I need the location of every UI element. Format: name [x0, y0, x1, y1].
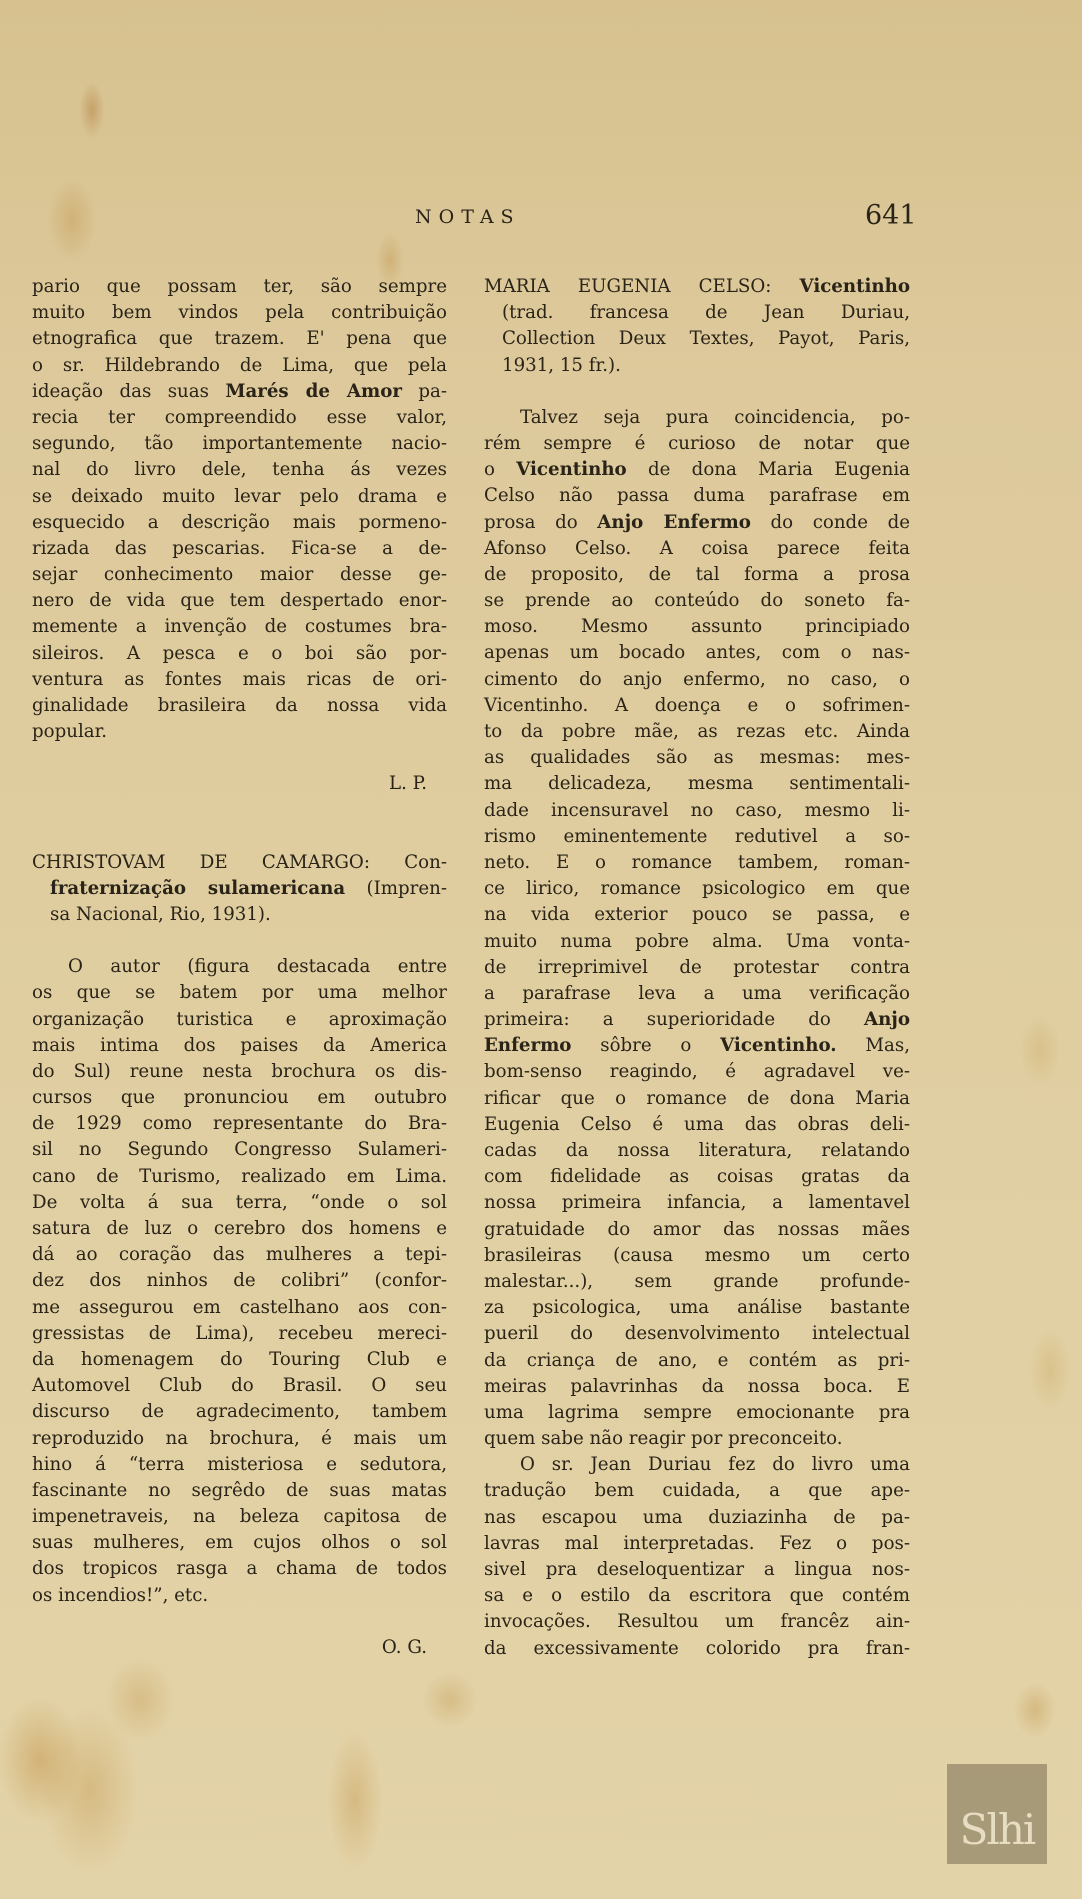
text-line: ventura as fontes mais ricas de ori-	[32, 667, 447, 693]
text-line: brasileiras (causa mesmo um certo	[484, 1243, 910, 1269]
text-line: gratuidade do amor das nossas mães	[484, 1217, 910, 1243]
text-line: sejar conhecimento maior desse ge-	[32, 562, 447, 588]
text-line: bom-senso reagindo, é agradavel ve-	[484, 1059, 910, 1085]
text-fragment: prosa do	[484, 512, 597, 533]
review-signature: O. G.	[32, 1635, 447, 1661]
text-line: De volta á sua terra, “onde o sol	[32, 1190, 447, 1216]
bold-title: Enfermo	[484, 1035, 571, 1056]
text-fragment: ideação das suas	[32, 381, 225, 402]
review-translation-info: (trad. francesa de Jean Duriau,	[484, 300, 910, 326]
review-heading: MARIA EUGENIA CELSO: Vicentinho (trad. f…	[484, 274, 910, 379]
text-line: lavras mal interpretadas. Fez o pos-	[484, 1531, 910, 1557]
text-line: primeira: a superioridade do Anjo	[484, 1007, 910, 1033]
text-line: da criança de ano, e contém as pri-	[484, 1348, 910, 1374]
text-line: meiras palavrinhas da nossa boca. E	[484, 1374, 910, 1400]
text-line: ideação das suas Marés de Amor pa-	[32, 379, 447, 405]
bold-title: Anjo Enfermo	[597, 512, 751, 533]
text-line: dá ao coração das mulheres a tepi-	[32, 1242, 447, 1268]
text-line: O sr. Jean Duriau fez do livro uma	[484, 1452, 910, 1478]
text-line: sa e o estilo da escritora que contém	[484, 1583, 910, 1609]
watermark-text: Slhi	[960, 1805, 1035, 1854]
text-line: do Sul) reune nesta brochura os dis-	[32, 1059, 447, 1085]
bold-title: Vicentinho	[516, 459, 626, 480]
text-line: o sr. Hildebrando de Lima, que pela	[32, 353, 447, 379]
text-line: nossa primeira infancia, a lamentavel	[484, 1190, 910, 1216]
text-line: rém sempre é curioso de notar que	[484, 431, 910, 457]
review-author: MARIA EUGENIA CELSO:	[484, 276, 771, 297]
text-line: Talvez seja pura coincidencia, po-	[484, 405, 910, 431]
text-line: discurso de agradecimento, tambem	[32, 1399, 447, 1425]
text-line: nal do livro dele, tenha ás vezes	[32, 457, 447, 483]
text-line: za psicologica, uma análise bastante	[484, 1295, 910, 1321]
text-line: cursos que pronunciou em outubro	[32, 1085, 447, 1111]
text-line: ginalidade brasileira da nossa vida	[32, 693, 447, 719]
text-line: tradução bem cuidada, a que ape-	[484, 1478, 910, 1504]
review-body: Talvez seja pura coincidencia, po-rém se…	[484, 405, 910, 1662]
text-line: sil no Segundo Congresso Sulameri-	[32, 1137, 447, 1163]
text-fragment: o	[484, 459, 516, 480]
text-line: Vicentinho. A doença e o sofrimen-	[484, 693, 910, 719]
page-number: 641	[865, 200, 917, 231]
text-line: prosa do Anjo Enfermo do conde de	[484, 510, 910, 536]
review-publisher: (Impren-	[345, 878, 447, 899]
text-line: moso. Mesmo assunto principiado	[484, 614, 910, 640]
text-line: cadas da nossa literatura, relatando	[484, 1138, 910, 1164]
text-fragment: pa-	[402, 381, 447, 402]
text-line: com fidelidade as coisas gratas da	[484, 1164, 910, 1190]
text-fragment: primeira: a superioridade do	[484, 1009, 864, 1030]
text-line: sileiros. A pesca e o boi são por-	[32, 641, 447, 667]
text-line: da homenagem do Touring Club e	[32, 1347, 447, 1373]
text-line: satura de luz o cerebro dos homens e	[32, 1216, 447, 1242]
text-line: os incendios!”, etc.	[32, 1583, 447, 1609]
text-line: reproduzido na brochura, é mais um	[32, 1426, 447, 1452]
text-line: etnografica que trazem. E' pena que	[32, 326, 447, 352]
text-line: Enfermo sôbre o Vicentinho. Mas,	[484, 1033, 910, 1059]
text-line: Automovel Club do Brasil. O seu	[32, 1373, 447, 1399]
spacer	[484, 379, 910, 405]
text-line: nas escapou uma duziazinha de pa-	[484, 1505, 910, 1531]
text-line: me assegurou em castelhano aos con-	[32, 1295, 447, 1321]
text-line: esquecido a descrição mais pormeno-	[32, 510, 447, 536]
text-line: recia ter compreendido esse valor,	[32, 405, 447, 431]
text-line: segundo, tão importantemente nacio-	[32, 431, 447, 457]
text-line: quem sabe não reagir por preconceito.	[484, 1426, 910, 1452]
review-publisher-cont: 1931, 15 fr.).	[484, 353, 910, 379]
text-line: muito bem vindos pela contribuição	[32, 300, 447, 326]
text-fragment: Mas,	[837, 1035, 910, 1056]
text-line: to da pobre mãe, as rezas etc. Ainda	[484, 719, 910, 745]
running-head: NOTAS 641	[0, 200, 1082, 230]
text-line: dez dos ninhos de colibri” (confor-	[32, 1268, 447, 1294]
scanned-page: NOTAS 641 pario que possam ter, são semp…	[0, 0, 1082, 1899]
text-fragment: sôbre o	[571, 1035, 720, 1056]
text-line: de 1929 como representante do Bra-	[32, 1111, 447, 1137]
text-line: impenetraveis, na beleza capitosa de	[32, 1504, 447, 1530]
review-heading: CHRISTOVAM DE CAMARGO: Con- fraternizaçã…	[32, 850, 447, 929]
text-line: rificar que o romance de dona Maria	[484, 1086, 910, 1112]
review-signature: L. P.	[32, 771, 447, 797]
bold-title: Marés de Amor	[225, 381, 402, 402]
review-publisher: Collection Deux Textes, Payot, Paris,	[484, 326, 910, 352]
text-line: de irreprimivel de protestar contra	[484, 955, 910, 981]
text-line: popular.	[32, 719, 447, 745]
text-line: Eugenia Celso é uma das obras deli-	[484, 1112, 910, 1138]
review-title-start: Con-	[404, 852, 447, 873]
text-line: malestar...), sem grande profunde-	[484, 1269, 910, 1295]
review-publisher-cont: sa Nacional, Rio, 1931).	[32, 902, 447, 928]
watermark-logo: Slhi	[947, 1764, 1047, 1864]
left-column: pario que possam ter, são sempremuito be…	[32, 274, 447, 1661]
text-line: pueril do desenvolvimento intelectual	[484, 1321, 910, 1347]
text-line: uma lagrima sempre emocionante pra	[484, 1400, 910, 1426]
text-line: organização turistica e aproximação	[32, 1007, 447, 1033]
spacer	[32, 798, 447, 850]
text-line: os que se batem por uma melhor	[32, 980, 447, 1006]
text-line: de proposito, de tal forma a prosa	[484, 562, 910, 588]
text-line: se prende ao conteúdo do soneto fa-	[484, 588, 910, 614]
text-line: ce lirico, romance psicologico em que	[484, 876, 910, 902]
text-line: neto. E o romance tambem, roman-	[484, 850, 910, 876]
spacer	[32, 928, 447, 954]
text-line: a parafrase leva a uma verificação	[484, 981, 910, 1007]
running-title: NOTAS	[415, 206, 521, 228]
text-line: cimento do anjo enfermo, no caso, o	[484, 667, 910, 693]
text-line: dos tropicos rasga a chama de todos	[32, 1556, 447, 1582]
text-line: pario que possam ter, são sempre	[32, 274, 447, 300]
text-line: hino á “terra misteriosa e sedutora,	[32, 1452, 447, 1478]
text-line: muito numa pobre alma. Uma vonta-	[484, 929, 910, 955]
text-line: cano de Turismo, realizado em Lima.	[32, 1164, 447, 1190]
text-line: mais intima dos paises da America	[32, 1033, 447, 1059]
text-line: da excessivamente colorido pra fran-	[484, 1636, 910, 1662]
spacer	[32, 745, 447, 771]
text-line: as qualidades são as mesmas: mes-	[484, 745, 910, 771]
text-line: Celso não passa duma parafrase em	[484, 483, 910, 509]
review-body: O autor (figura destacada entreos que se…	[32, 954, 447, 1609]
spacer	[32, 1609, 447, 1635]
text-fragment: do conde de	[751, 512, 910, 533]
text-line: rizada das pescarias. Fica-se a de-	[32, 536, 447, 562]
bold-title: Anjo	[864, 1009, 910, 1030]
text-line: invocações. Resultou um francêz ain-	[484, 1609, 910, 1635]
text-line: dade incensuravel no caso, mesmo li-	[484, 798, 910, 824]
text-line: sivel pra deseloquentizar a lingua nos-	[484, 1557, 910, 1583]
text-line: memente a invenção de costumes bra-	[32, 614, 447, 640]
review-title: fraternização sulamericana	[50, 878, 345, 899]
text-line: na vida exterior pouco se passa, e	[484, 902, 910, 928]
text-line: se deixado muito levar pelo drama e	[32, 484, 447, 510]
text-line: O autor (figura destacada entre	[32, 954, 447, 980]
text-line: o Vicentinho de dona Maria Eugenia	[484, 457, 910, 483]
bold-title: Vicentinho.	[720, 1035, 836, 1056]
right-column: MARIA EUGENIA CELSO: Vicentinho (trad. f…	[484, 274, 910, 1662]
text-line: fascinante no segrêdo de suas matas	[32, 1478, 447, 1504]
review-author: CHRISTOVAM DE CAMARGO:	[32, 852, 370, 873]
review-title: Vicentinho	[800, 276, 910, 297]
text-line: rismo eminentemente redutivel a so-	[484, 824, 910, 850]
text-line: nero de vida que tem despertado enor-	[32, 588, 447, 614]
text-fragment: de dona Maria Eugenia	[627, 459, 910, 480]
review-continuation: pario que possam ter, são sempremuito be…	[32, 274, 447, 745]
text-line: apenas um bocado antes, com o nas-	[484, 640, 910, 666]
text-line: ma delicadeza, mesma sentimentali-	[484, 771, 910, 797]
text-line: Afonso Celso. A coisa parece feita	[484, 536, 910, 562]
text-line: gressistas de Lima), recebeu mereci-	[32, 1321, 447, 1347]
text-line: suas mulheres, em cujos olhos o sol	[32, 1530, 447, 1556]
